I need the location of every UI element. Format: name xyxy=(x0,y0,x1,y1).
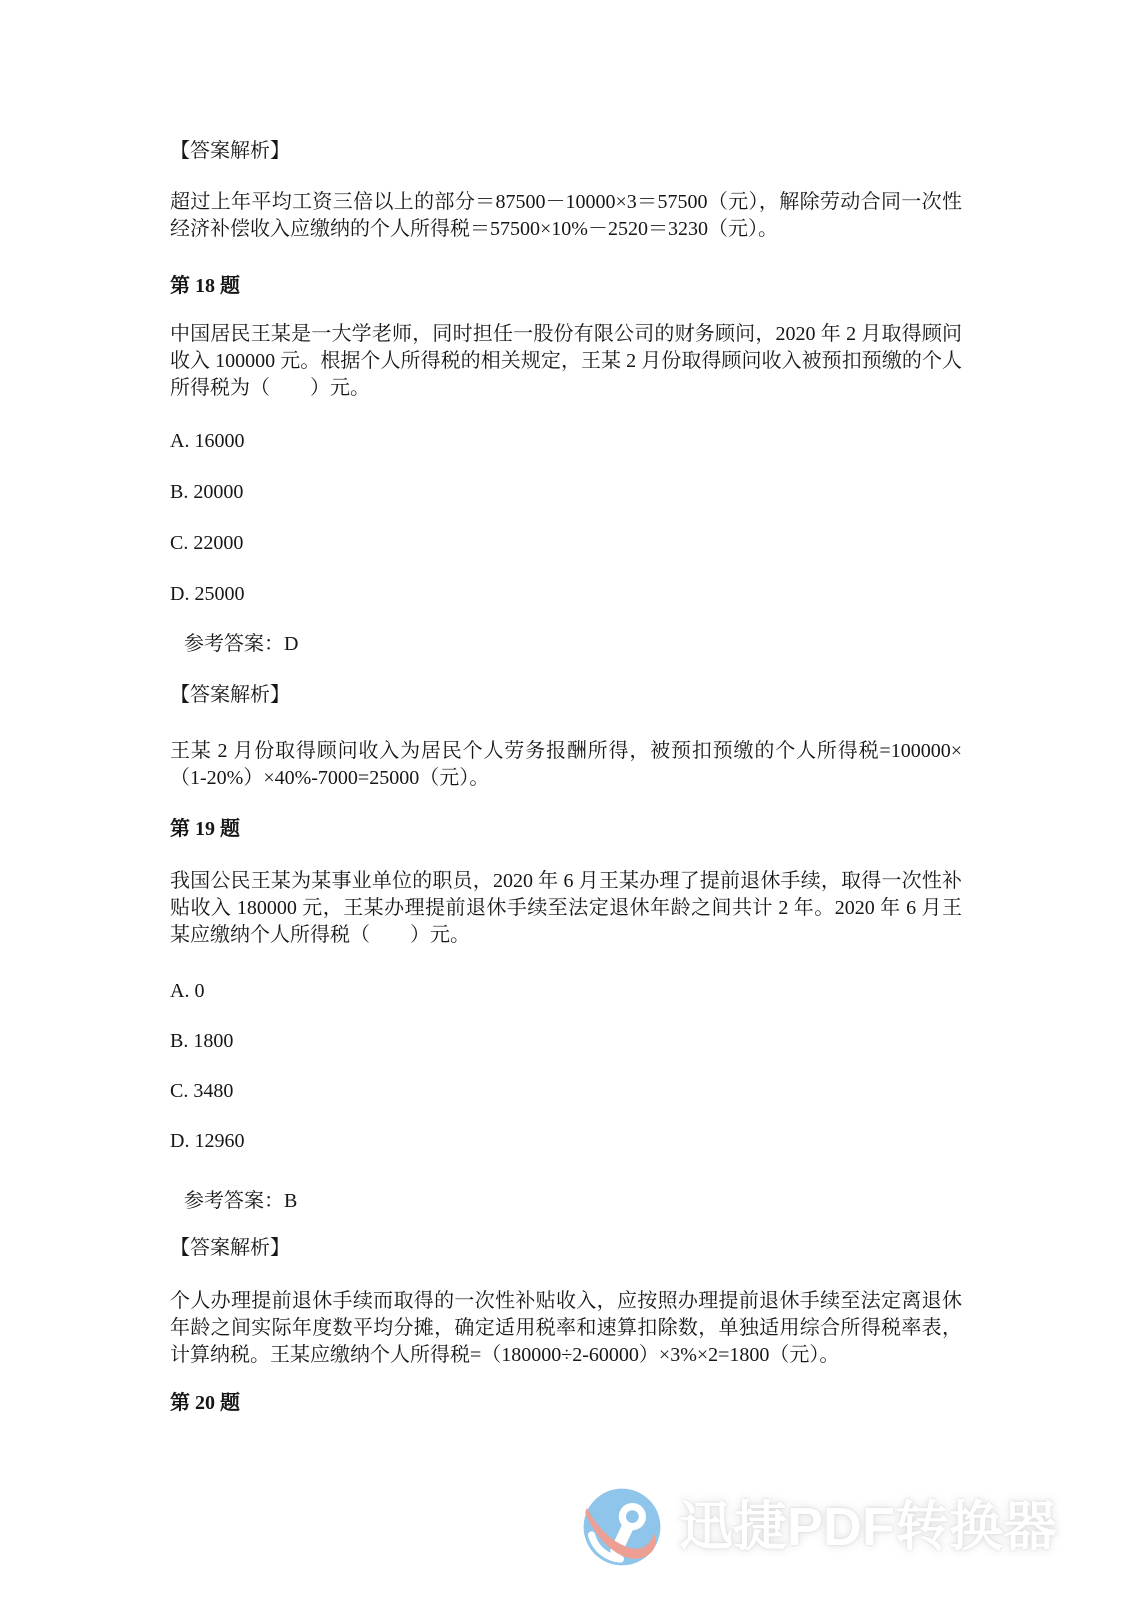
question-19-option-a: A. 0 xyxy=(170,978,962,1005)
question-18-stem: 中国居民王某是一大学老师，同时担任一股份有限公司的财务顾问，2020 年 2 月… xyxy=(170,321,962,402)
question-19-option-c: C. 3480 xyxy=(170,1078,962,1105)
question-19-reference-answer: 参考答案：B xyxy=(170,1188,962,1215)
logo-p-counter xyxy=(626,1510,639,1523)
question-20-title: 第 20 题 xyxy=(170,1390,962,1417)
question-19-analysis-text: 个人办理提前退休手续而取得的一次性补贴收入，应按照办理提前退休手续至法定离退休年… xyxy=(170,1288,962,1369)
question-19-stem: 我国公民王某为某事业单位的职员，2020 年 6 月王某办理了提前退休手续，取得… xyxy=(170,868,962,949)
question-18-option-c: C. 22000 xyxy=(170,530,962,557)
question-19-option-b: B. 1800 xyxy=(170,1028,962,1055)
question-19-title: 第 19 题 xyxy=(170,816,962,843)
question-18-analysis-heading: 【答案解析】 xyxy=(170,682,962,709)
question-18-option-a: A. 16000 xyxy=(170,428,962,455)
question-19-analysis-heading: 【答案解析】 xyxy=(170,1235,962,1262)
question-18-option-d: D. 25000 xyxy=(170,581,962,608)
prev-analysis-heading: 【答案解析】 xyxy=(170,138,962,165)
pdf-page: 【答案解析】 超过上年平均工资三倍以上的部分＝87500－10000×3＝575… xyxy=(0,0,1131,1600)
question-19-option-d: D. 12960 xyxy=(170,1128,962,1155)
question-18-option-b: B. 20000 xyxy=(170,479,962,506)
pdf-converter-logo-icon xyxy=(582,1487,662,1567)
question-18-analysis-text: 王某 2 月份取得顾问收入为居民个人劳务报酬所得，被预扣预缴的个人所得税=100… xyxy=(170,738,962,792)
watermark: 迅捷PDF转换器 xyxy=(582,1487,1057,1567)
watermark-brand-text: 迅捷PDF转换器 xyxy=(679,1500,1057,1554)
prev-analysis-text: 超过上年平均工资三倍以上的部分＝87500－10000×3＝57500（元），解… xyxy=(170,189,962,243)
question-18-title: 第 18 题 xyxy=(170,273,962,300)
question-18-reference-answer: 参考答案：D xyxy=(170,631,962,658)
document-content: 【答案解析】 超过上年平均工资三倍以上的部分＝87500－10000×3＝575… xyxy=(170,0,962,1417)
